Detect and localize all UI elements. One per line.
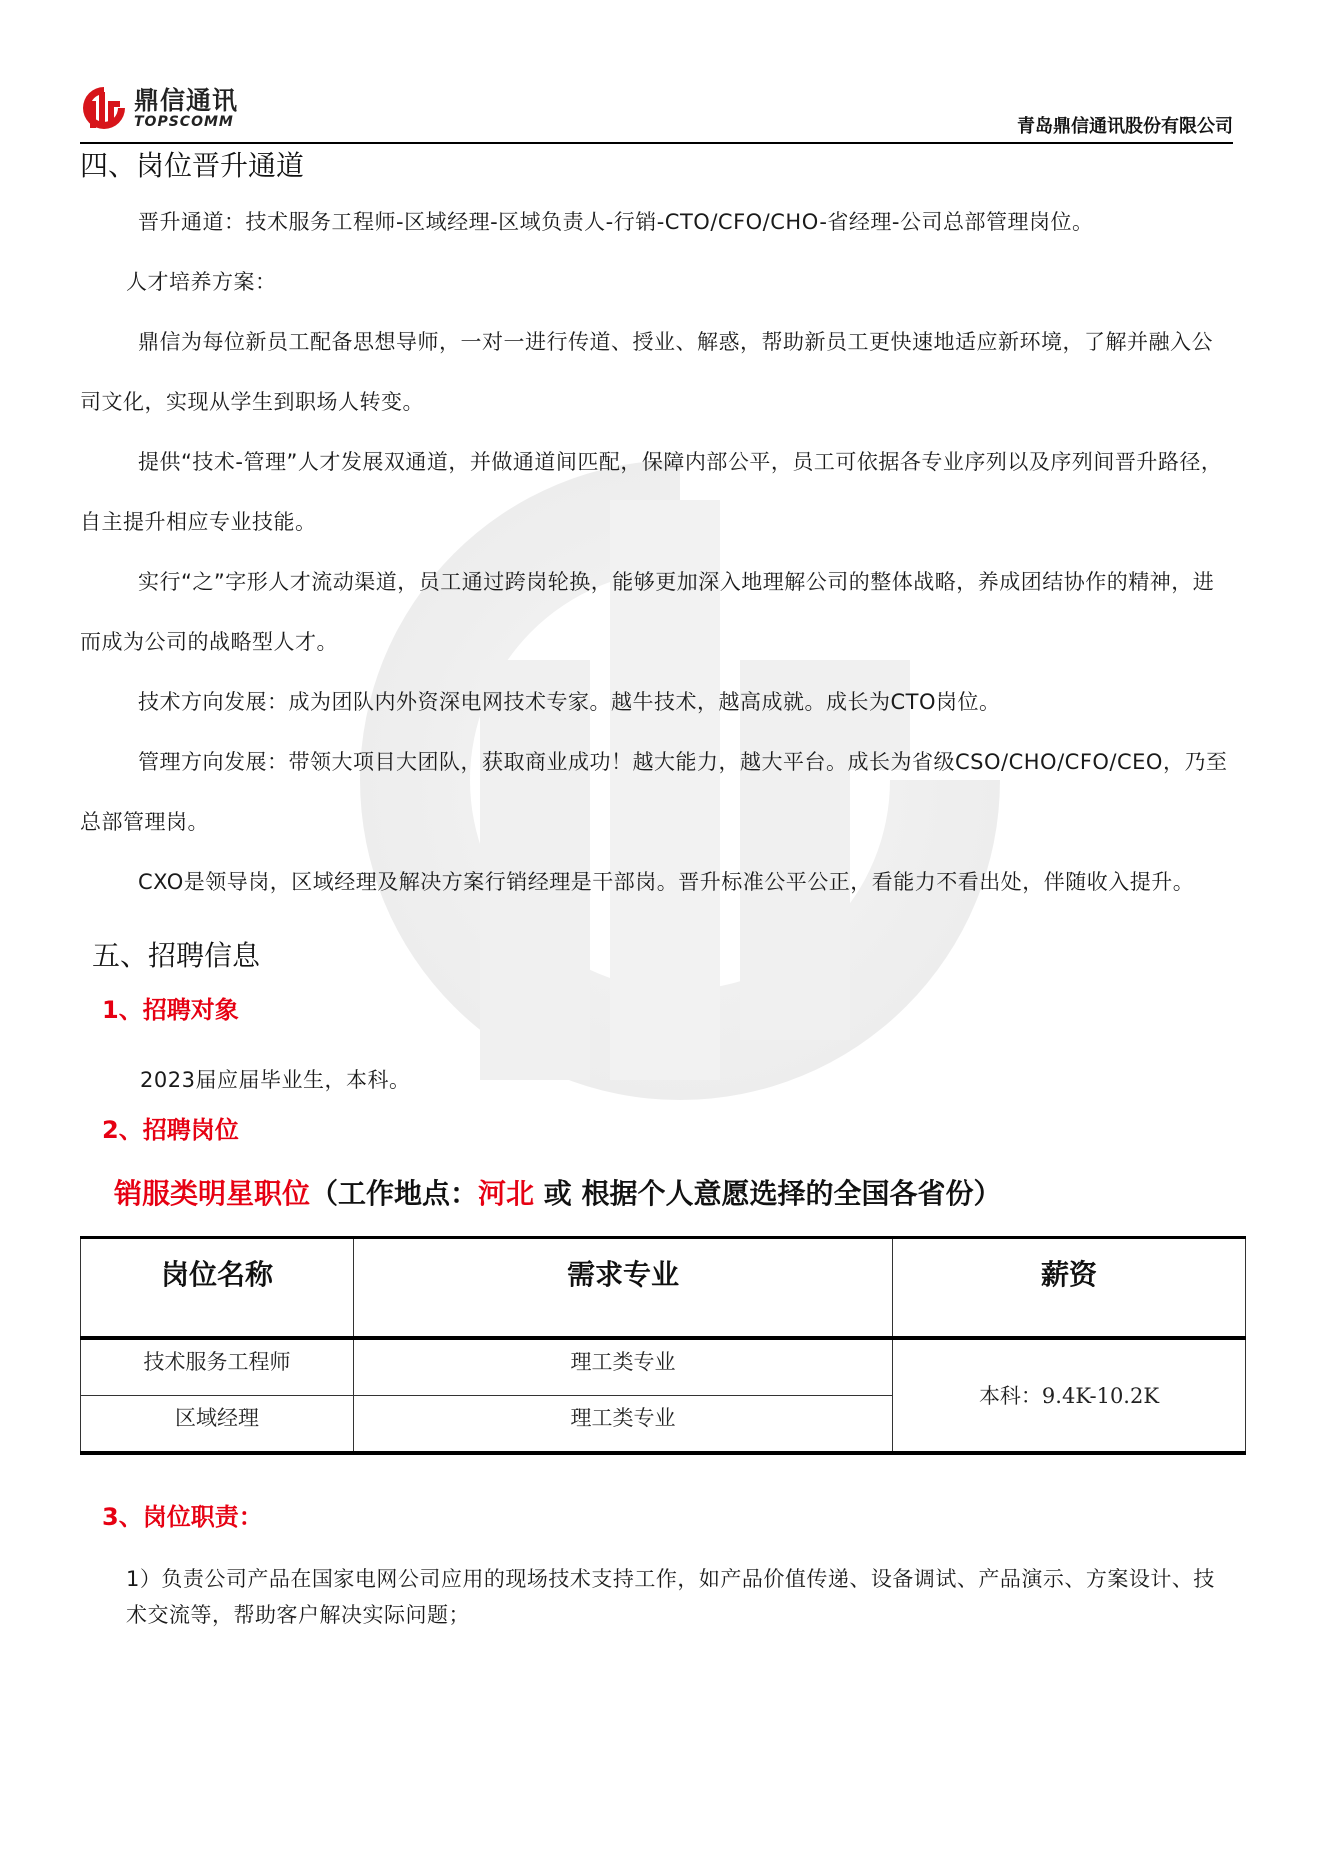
page-header: 鼎信通讯 TOPSCOMM 青岛鼎信通讯股份有限公司 [80, 82, 1233, 144]
topscomm-logo-icon [80, 84, 128, 132]
table-row: 技术服务工程师 理工类专业 本科：9.4K-10.2K [81, 1338, 1246, 1396]
posting-location-label: （工作地点： [310, 1177, 478, 1210]
salary-value: 本科：9.4K-10.2K [893, 1338, 1246, 1453]
management-direction-paragraph: 管理方向发展：带领大项目大团队，获取商业成功！越大能力，越大平台。成长为省级CS… [80, 732, 1233, 852]
job-duties-heading: 3、岗位职责： [80, 1497, 1233, 1537]
dual-channel-paragraph: 提供“技术-管理”人才发展双通道，并做通道间匹配，保障内部公平，员工可依据各专业… [80, 432, 1233, 552]
recruit-target-text: 2023届应届毕业生，本科。 [80, 1050, 1233, 1110]
company-name: 青岛鼎信通讯股份有限公司 [1017, 112, 1233, 138]
position-name: 区域经理 [81, 1396, 354, 1454]
positions-table: 岗位名称 需求专业 薪资 技术服务工程师 理工类专业 本科：9.4K-10.2K… [80, 1236, 1246, 1455]
tech-direction-paragraph: 技术方向发展：成为团队内外资深电网技术专家。越牛技术，越高成就。成长为CTO岗位… [80, 672, 1233, 732]
mentor-paragraph: 鼎信为每位新员工配备思想导师，一对一进行传道、授业、解惑，帮助新员工更快速地适应… [80, 312, 1233, 432]
recruit-positions-heading: 2、招聘岗位 [80, 1110, 1233, 1150]
posting-location-note: 或 根据个人意愿选择的全国各省份） [534, 1177, 1002, 1210]
posting-category: 销服类明星职位 [114, 1177, 310, 1210]
section-5-title: 五、招聘信息 [80, 934, 1233, 978]
company-logo: 鼎信通讯 TOPSCOMM [80, 84, 238, 132]
column-header-position: 岗位名称 [81, 1238, 354, 1339]
required-major: 理工类专业 [354, 1338, 893, 1396]
table-header-row: 岗位名称 需求专业 薪资 [81, 1238, 1246, 1339]
rotation-paragraph: 实行“之”字形人才流动渠道，员工通过跨岗轮换，能够更加深入地理解公司的整体战略，… [80, 552, 1233, 672]
column-header-major: 需求专业 [354, 1238, 893, 1339]
posting-location: 河北 [478, 1177, 534, 1210]
document-body: 四、岗位晋升通道 晋升通道：技术服务工程师-区域经理-区域负责人-行销-CTO/… [80, 140, 1233, 1633]
position-name: 技术服务工程师 [81, 1338, 354, 1396]
column-header-salary: 薪资 [893, 1238, 1246, 1339]
section-4-title: 四、岗位晋升通道 [80, 144, 1233, 188]
promotion-path-paragraph: 晋升通道：技术服务工程师-区域经理-区域负责人-行销-CTO/CFO/CHO-省… [80, 192, 1233, 252]
required-major: 理工类专业 [354, 1396, 893, 1454]
logo-english-name: TOPSCOMM [134, 115, 238, 129]
logo-chinese-name: 鼎信通讯 [134, 88, 238, 113]
cxo-paragraph: CXO是领导岗，区域经理及解决方案行销经理是干部岗。晋升标准公平公正，看能力不看… [80, 852, 1233, 912]
posting-headline: 销服类明星职位（工作地点：河北 或 根据个人意愿选择的全国各省份） [80, 1172, 1233, 1216]
talent-plan-label: 人才培养方案： [80, 252, 1233, 312]
recruit-target-heading: 1、招聘对象 [80, 990, 1233, 1030]
job-duty-item: 1）负责公司产品在国家电网公司应用的现场技术支持工作，如产品价值传递、设备调试、… [80, 1561, 1233, 1633]
